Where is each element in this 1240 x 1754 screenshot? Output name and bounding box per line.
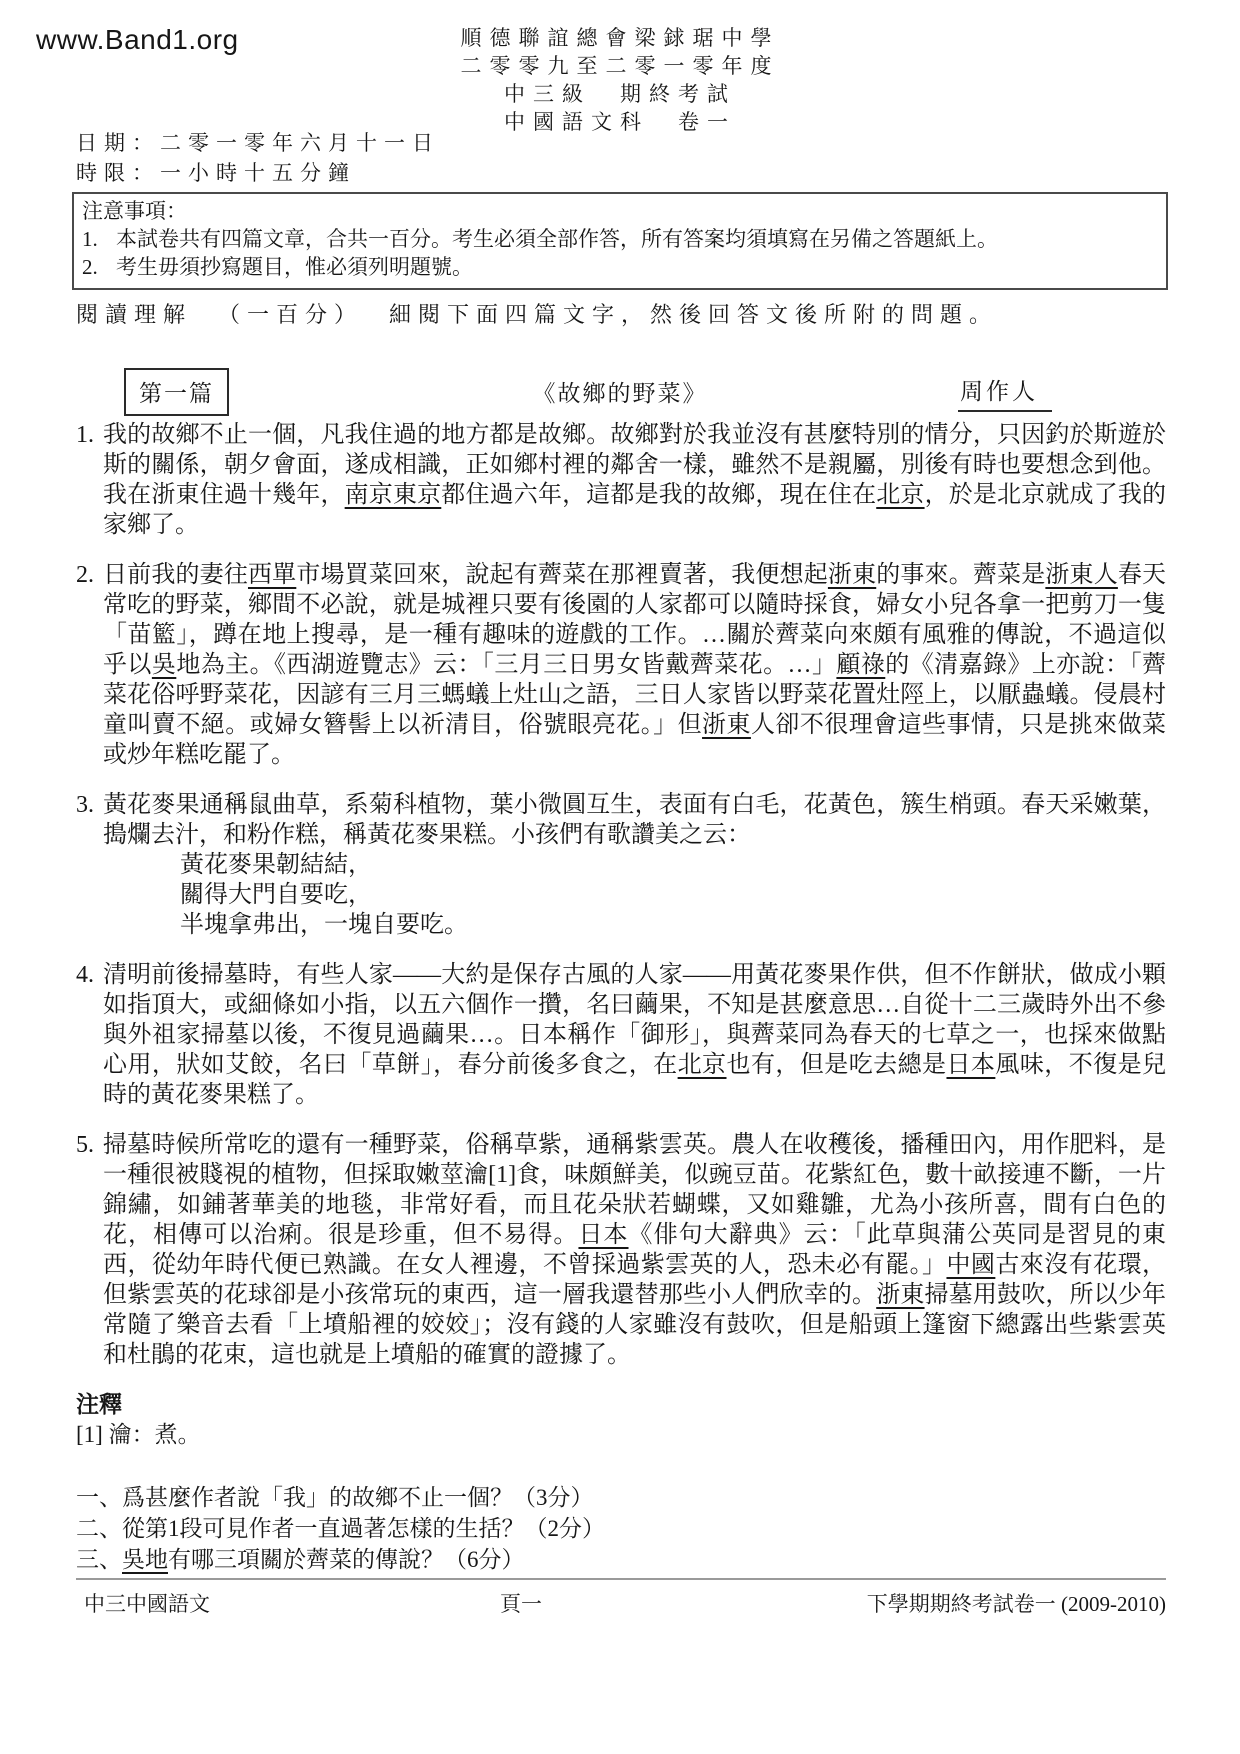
passage-author: 周作人 — [958, 373, 1052, 412]
page-footer: 中三中國語文 頁一 下學期期終考試卷一 (2009-2010) — [84, 1588, 1166, 1618]
paragraph-text: 清明前後掃墓時，有些人家——大約是保存古風的人家——用黃花麥果作供，但不作餅狀，… — [103, 962, 1166, 1108]
paragraph-5: 5. 掃墓時候所常吃的還有一種野菜，俗稱草紫，通稱紫雲英。農人在收穫後，播種田內… — [76, 1130, 1166, 1370]
paragraph-1: 1. 我的故鄉不止一個，凡我住過的地方都是故鄉。故鄉對於我並沒有甚麼特別的情分，… — [76, 420, 1166, 540]
paragraph-number: 4. — [76, 960, 94, 990]
exam-date: 日期：二零一零年六月十一日 — [76, 128, 440, 158]
passage-body: 1. 我的故鄉不止一個，凡我住過的地方都是故鄉。故鄉對於我並沒有甚麼特別的情分，… — [76, 420, 1166, 1575]
notes-title: 注釋 — [76, 1390, 1166, 1420]
poem-line: 半塊拿弗出，一塊自要吃。 — [180, 910, 1166, 940]
questions-section: 一、爲甚麼作者說「我」的故鄉不止一個？（3分） 二、從第1段可見作者一直過著怎樣… — [76, 1482, 1166, 1575]
paragraph-3: 3. 黃花麥果通稱鼠曲草，系菊科植物，葉小微圓互生，表面有白毛，花黃色，簇生梢頭… — [76, 790, 1166, 940]
poem-line: 關得大門自要吃， — [180, 880, 1166, 910]
section-instruction: 閱讀理解（一百分）細閱下面四篇文字，然後回答文後所附的問題。 — [76, 298, 998, 329]
footer-subject: 中三中國語文 — [84, 1588, 500, 1618]
exam-duration: 時限：一小時十五分鐘 — [76, 158, 440, 188]
footer-divider — [76, 1578, 1166, 1580]
note-item: [1] 瀹：煮。 — [76, 1420, 1166, 1450]
paragraph-4: 4. 清明前後掃墓時，有些人家——大約是保存古風的人家——用黃花麥果作供，但不作… — [76, 960, 1166, 1110]
instruction-text: 細閱下面四篇文字，然後回答文後所附的問題。 — [389, 302, 998, 327]
passage-header: 第一篇 《故鄉的野菜》 周作人 — [76, 368, 1164, 414]
question-2: 二、從第1段可見作者一直過著怎樣的生括？（2分） — [76, 1513, 1166, 1544]
instruction-label: 閱讀理解 — [76, 302, 192, 327]
paragraph-text: 黃花麥果通稱鼠曲草，系菊科植物，葉小微圓互生，表面有白毛，花黃色，簇生梢頭。春天… — [103, 792, 1166, 848]
poem-block: 黃花麥果韌結結， 關得大門自要吃， 半塊拿弗出，一塊自要吃。 — [103, 850, 1166, 940]
notice-item-number: 2. — [82, 253, 116, 281]
notice-item-text: 考生毋須抄寫題目，惟必須列明題號。 — [116, 253, 473, 281]
notes-section: 注釋 [1] 瀹：煮。 — [76, 1390, 1166, 1450]
paragraph-number: 1. — [76, 420, 94, 450]
paragraph-number: 2. — [76, 560, 94, 590]
exam-meta: 日期：二零一零年六月十一日 時限：一小時十五分鐘 — [76, 128, 440, 188]
school-name: 順德聯誼總會梁銶琚中學 — [0, 24, 1240, 52]
footer-exam-label: 下學期期終考試卷一 (2009-2010) — [542, 1588, 1166, 1618]
notice-item: 1. 本試卷共有四篇文章，合共一百分。考生必須全部作答，所有答案均須填寫在另備之… — [82, 225, 1156, 253]
school-header: 順德聯誼總會梁銶琚中學 二零零九至二零一零年度 中三級 期終考試 中國語文科 卷… — [0, 24, 1240, 136]
notice-item-number: 1. — [82, 225, 116, 253]
paragraph-2: 2. 日前我的妻往西單市場買菜回來，說起有薺菜在那裡賣著，我便想起浙東的事來。薺… — [76, 560, 1166, 770]
notice-item: 2. 考生毋須抄寫題目，惟必須列明題號。 — [82, 253, 1156, 281]
notice-title: 注意事項： — [82, 197, 1156, 225]
exam-level: 中三級 期終考試 — [0, 80, 1240, 108]
question-1: 一、爲甚麼作者說「我」的故鄉不止一個？（3分） — [76, 1482, 1166, 1513]
exam-paper-page: www.Band1.org 順德聯誼總會梁銶琚中學 二零零九至二零一零年度 中三… — [0, 0, 1240, 1754]
paragraph-text: 掃墓時候所常吃的還有一種野菜，俗稱草紫，通稱紫雲英。農人在收穫後，播種田內，用作… — [103, 1132, 1166, 1368]
notice-item-text: 本試卷共有四篇文章，合共一百分。考生必須全部作答，所有答案均須填寫在另備之答題紙… — [116, 225, 998, 253]
poem-line: 黃花麥果韌結結， — [180, 850, 1166, 880]
paragraph-text: 我的故鄉不止一個，凡我住過的地方都是故鄉。故鄉對於我並沒有甚麼特別的情分，只因釣… — [103, 422, 1166, 538]
notice-box: 注意事項： 1. 本試卷共有四篇文章，合共一百分。考生必須全部作答，所有答案均須… — [72, 192, 1168, 290]
question-3: 三、吳地有哪三項關於薺菜的傳說？（6分） — [76, 1544, 1166, 1575]
paragraph-number: 3. — [76, 790, 94, 820]
academic-year: 二零零九至二零一零年度 — [0, 52, 1240, 80]
paragraph-number: 5. — [76, 1130, 94, 1160]
instruction-score: （一百分） — [218, 302, 363, 327]
footer-page-number: 頁一 — [500, 1588, 542, 1618]
paragraph-text: 日前我的妻往西單市場買菜回來，說起有薺菜在那裡賣著，我便想起浙東的事來。薺菜是浙… — [103, 562, 1166, 768]
